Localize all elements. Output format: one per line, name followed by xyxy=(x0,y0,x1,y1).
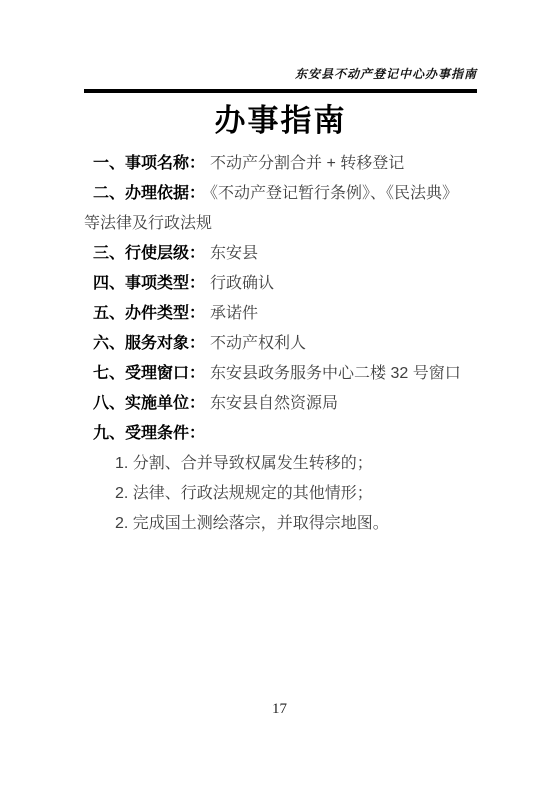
running-header: 东安县不动产登记中心办事指南 xyxy=(84,66,477,82)
item-value: 不动产权利人 xyxy=(210,335,306,352)
item-label: 一、事项名称： xyxy=(93,155,205,172)
guide-item-name: 一、事项名称：不动产分割合并 + 转移登记 xyxy=(84,149,477,179)
guide-item-basis: 二、办理依据：《不动产登记暂行条例》、《民法典》 xyxy=(84,179,477,209)
condition-item: 2. 法律、行政法规规定的其他情形； xyxy=(84,479,477,509)
guide-item-agency: 八、实施单位：东安县自然资源局 xyxy=(84,389,477,419)
item-value: 东安县 xyxy=(210,245,258,262)
item-label: 五、办件类型： xyxy=(93,305,205,322)
guide-item-level: 三、行使层级：东安县 xyxy=(84,239,477,269)
item-value: 东安县自然资源局 xyxy=(210,395,338,412)
condition-item: 2. 完成国土测绘落宗，并取得宗地图。 xyxy=(84,509,477,539)
guide-item-window: 七、受理窗口：东安县政务服务中心二楼 32 号窗口 xyxy=(84,359,477,389)
condition-item: 1. 分割、合并导致权属发生转移的； xyxy=(84,449,477,479)
item-label: 三、行使层级： xyxy=(93,245,205,262)
page-title: 办事指南 xyxy=(84,101,477,141)
item-value: 不动产分割合并 + 转移登记 xyxy=(210,155,404,172)
item-value: 承诺件 xyxy=(210,305,258,322)
document-page: 东安县不动产登记中心办事指南 办事指南 一、事项名称：不动产分割合并 + 转移登… xyxy=(0,0,559,793)
guide-item-service-target: 六、服务对象：不动产权利人 xyxy=(84,329,477,359)
item-label: 九、受理条件： xyxy=(93,425,205,442)
item-label: 二、办理依据： xyxy=(93,185,205,202)
item-value: 行政确认 xyxy=(210,275,274,292)
header-double-rule xyxy=(84,89,477,93)
item-label: 七、受理窗口： xyxy=(93,365,205,382)
item-label: 四、事项类型： xyxy=(93,275,205,292)
page-number: 17 xyxy=(0,701,559,718)
guide-item-basis-continuation: 等法律及行政法规 xyxy=(84,209,477,239)
item-value: 《不动产登记暂行条例》、《民法典》 xyxy=(210,185,458,202)
guide-item-case-type: 五、办件类型：承诺件 xyxy=(84,299,477,329)
guide-item-conditions: 九、受理条件： xyxy=(84,419,477,449)
item-label: 六、服务对象： xyxy=(93,335,205,352)
guide-item-type: 四、事项类型：行政确认 xyxy=(84,269,477,299)
guide-item-list: 一、事项名称：不动产分割合并 + 转移登记 二、办理依据：《不动产登记暂行条例》… xyxy=(84,149,477,539)
item-label: 八、实施单位： xyxy=(93,395,205,412)
page-content: 东安县不动产登记中心办事指南 办事指南 一、事项名称：不动产分割合并 + 转移登… xyxy=(0,0,559,539)
item-value: 东安县政务服务中心二楼 32 号窗口 xyxy=(210,365,461,382)
